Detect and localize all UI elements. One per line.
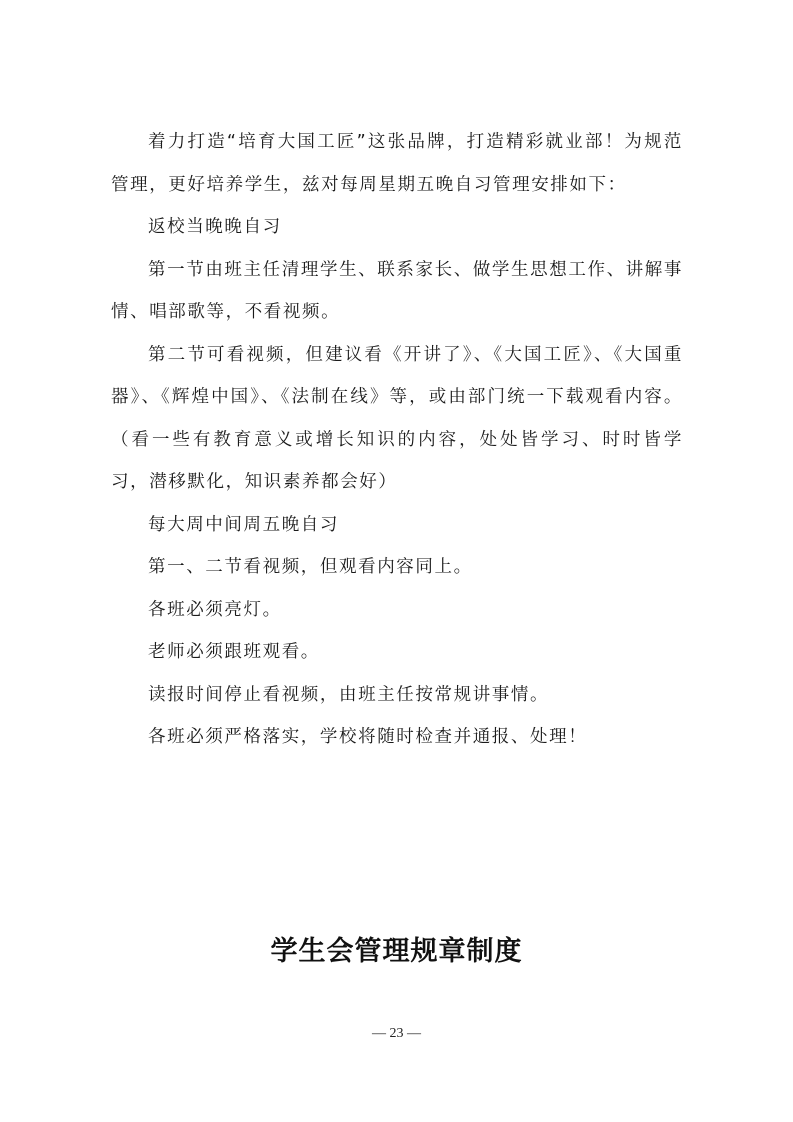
paragraph-intro: 着力打造“培育大国工匠”这张品牌，打造精彩就业部！为规范管理，更好培养学生，兹对… — [111, 121, 683, 206]
paragraph-return-night-heading: 返校当晚晚自习 — [111, 206, 683, 249]
paragraph-second-period: 第二节可看视频，但建议看《开讲了》、《大国工匠》、《大国重器》、《辉煌中国》、《… — [111, 334, 683, 504]
paragraph-mid-week-heading: 每大周中间周五晚自习 — [111, 504, 683, 547]
paragraph-periods-video: 第一、二节看视频，但观看内容同上。 — [111, 546, 683, 589]
paragraph-lights-on: 各班必须亮灯。 — [111, 589, 683, 632]
section-title: 学生会管理规章制度 — [0, 929, 793, 968]
paragraph-teacher-supervise: 老师必须跟班观看。 — [111, 631, 683, 674]
paragraph-enforcement: 各班必须严格落实，学校将随时检查并通报、处理！ — [111, 716, 683, 759]
paragraph-first-period: 第一节由班主任清理学生、联系家长、做学生思想工作、讲解事情、唱部歌等，不看视频。 — [111, 249, 683, 334]
paragraph-newspaper-time: 读报时间停止看视频，由班主任按常规讲事情。 — [111, 674, 683, 717]
page-number: — 23 — — [0, 1026, 793, 1042]
document-body: 着力打造“培育大国工匠”这张品牌，打造精彩就业部！为规范管理，更好培养学生，兹对… — [111, 121, 683, 759]
document-page: 着力打造“培育大国工匠”这张品牌，打造精彩就业部！为规范管理，更好培养学生，兹对… — [0, 0, 793, 1122]
